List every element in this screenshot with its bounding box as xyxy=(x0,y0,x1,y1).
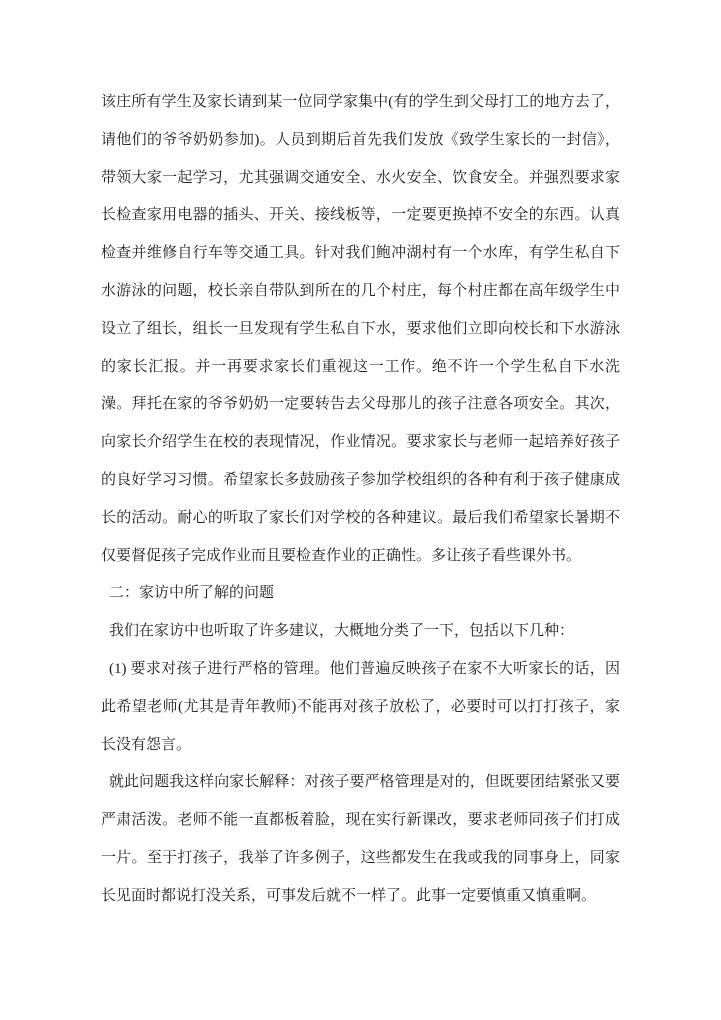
document-page: 该庄所有学生及家长请到某一位同学家集中(有的学生到父母打工的地方去了，请他们的爷… xyxy=(0,0,721,1020)
paragraph-intro: 我们在家访中也听取了许多建议，大概地分类了一下，包括以下几种： xyxy=(101,613,620,651)
paragraph-explanation: 就此问题我这样向家长解释：对孩子要严格管理是对的，但既要团结紧张又要严肃活泼。老… xyxy=(101,764,620,915)
document-text-block: 该庄所有学生及家长请到某一位同学家集中(有的学生到父母打工的地方去了，请他们的爷… xyxy=(101,84,620,916)
paragraph-body-continuation: 该庄所有学生及家长请到某一位同学家集中(有的学生到父母打工的地方去了，请他们的爷… xyxy=(101,84,620,575)
section-heading: 二：家访中所了解的问题 xyxy=(101,575,620,613)
paragraph-item-1: (1) 要求对孩子进行严格的管理。他们普遍反映孩子在家不大听家长的话，因此希望老… xyxy=(101,651,620,764)
